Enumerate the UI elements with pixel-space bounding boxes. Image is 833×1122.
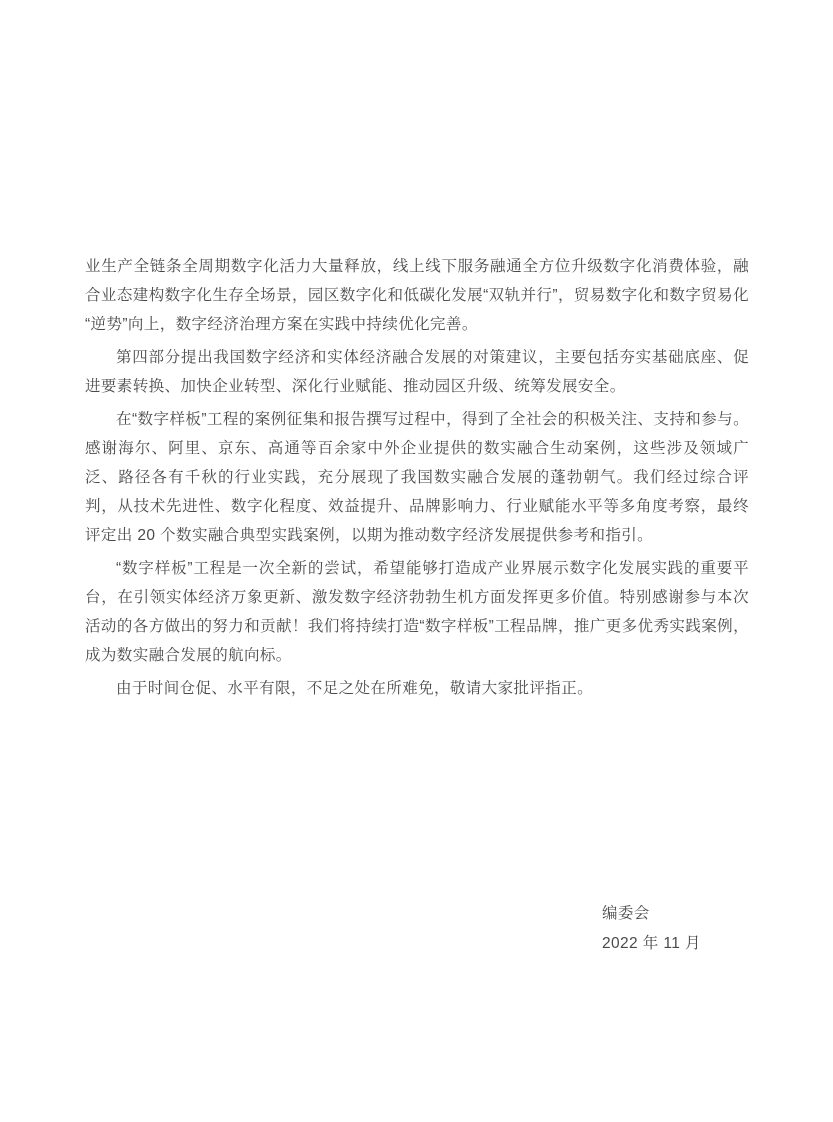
body-paragraph: “数字样板”工程是一次全新的尝试，希望能够打造成产业界展示数字化发展实践的重要平… <box>85 554 749 670</box>
body-paragraph: 在“数字样板”工程的案例征集和报告撰写过程中，得到了全社会的积极关注、支持和参与… <box>85 405 749 550</box>
body-paragraph: 第四部分提出我国数字经济和实体经济融合发展的对策建议，主要包括夯实基础底座、促进… <box>85 343 749 401</box>
signature-name: 编委会 <box>602 899 749 929</box>
body-paragraph: 业生产全链条全周期数字化活力大量释放，线上线下服务融通全方位升级数字化消费体验，… <box>85 252 749 339</box>
signature-block: 编委会 2022 年 11 月 <box>85 899 749 959</box>
document-body: 业生产全链条全周期数字化活力大量释放，线上线下服务融通全方位升级数字化消费体验，… <box>85 252 749 959</box>
body-paragraph: 由于时间仓促、水平有限，不足之处在所难免，敬请大家批评指正。 <box>85 674 749 703</box>
document-page: 业生产全链条全周期数字化活力大量释放，线上线下服务融通全方位升级数字化消费体验，… <box>0 0 833 1122</box>
signature-date: 2022 年 11 月 <box>602 929 749 959</box>
